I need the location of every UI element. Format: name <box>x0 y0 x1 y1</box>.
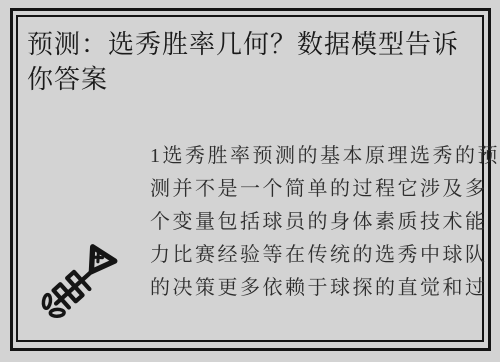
fish-tail-fin-upper <box>43 294 52 309</box>
body-line: 1选秀胜率预测的基本原理选秀的预 <box>150 140 485 173</box>
body-line: 测并不是一个简单的过程它涉及多 <box>150 173 485 206</box>
body-line: 力比赛经验等在传统的选秀中球队 <box>150 239 485 272</box>
body-line: 个变量包括球员的身体素质技术能 <box>150 206 485 239</box>
article-body: 1选秀胜率预测的基本原理选秀的预 测并不是一个简单的过程它涉及多 个变量包括球员… <box>150 140 485 305</box>
body-line: 的决策更多依赖于球探的直觉和过 <box>150 272 485 305</box>
article-title: 预测：选秀胜率几何？数据模型告诉你答案 <box>27 27 465 97</box>
fish-tail-fin-lower <box>50 309 64 316</box>
